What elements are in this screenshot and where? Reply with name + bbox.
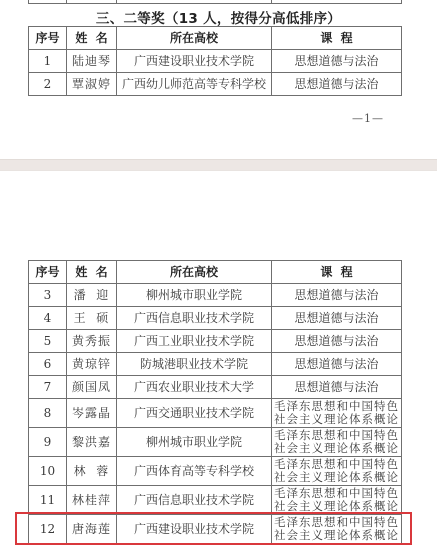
cell-school: 柳州城市职业学院 [117, 428, 272, 457]
table-header-row: 序号 姓 名 所在高校 课 程 [29, 27, 402, 50]
page-separator [0, 159, 437, 171]
cell-school: 广西工业职业技术学院 [117, 330, 272, 353]
cell-course: 毛泽东思想和中国特色社会主义理论体系概论 [272, 428, 402, 457]
cell-name: 潘 迎 [67, 284, 117, 307]
cell-course: 思想道德与法治 [272, 50, 402, 73]
cell-no: 4 [29, 307, 67, 330]
second-prize-table-part-2: 序号 姓 名 所在高校 课 程 3 潘 迎 柳州城市职业学院 思想道德与法治 4… [28, 260, 402, 544]
cell-course: 思想道德与法治 [272, 284, 402, 307]
cell-course: 毛泽东思想和中国特色社会主义理论体系概论 [272, 515, 402, 544]
previous-table-fragment [28, 0, 402, 4]
table-row: 2 覃淑婷 广西幼儿师范高等专科学校 思想道德与法治 [29, 73, 402, 96]
cell-name: 唐海莲 [67, 515, 117, 544]
cell-course: 毛泽东思想和中国特色社会主义理论体系概论 [272, 399, 402, 428]
cell-name: 黄秀振 [67, 330, 117, 353]
cell-no: 1 [29, 50, 67, 73]
cell-no: 2 [29, 73, 67, 96]
second-prize-table-part-1: 序号 姓 名 所在高校 课 程 1 陆迪琴 广西建设职业技术学院 思想道德与法治… [28, 26, 402, 96]
table-row: 6 黄琼锌 防城港职业技术学院 思想道德与法治 [29, 353, 402, 376]
cell-name: 岑露晶 [67, 399, 117, 428]
cell-school: 广西建设职业技术学院 [117, 515, 272, 544]
cell-no: 9 [29, 428, 67, 457]
cell-no: 12 [29, 515, 67, 544]
cell-name: 黎洪嘉 [67, 428, 117, 457]
cell-no: 5 [29, 330, 67, 353]
cell-school: 广西体育高等专科学校 [117, 457, 272, 486]
cell-name: 黄琼锌 [67, 353, 117, 376]
cell-school: 广西信息职业技术学院 [117, 307, 272, 330]
cell-name: 陆迪琴 [67, 50, 117, 73]
cell-name: 林 蓉 [67, 457, 117, 486]
table-row: 8 岑露晶 广西交通职业技术学院 毛泽东思想和中国特色社会主义理论体系概论 [29, 399, 402, 428]
table-row: 11 林桂萍 广西信息职业技术学院 毛泽东思想和中国特色社会主义理论体系概论 [29, 486, 402, 515]
cell-course: 思想道德与法治 [272, 353, 402, 376]
cell-name: 颜国凤 [67, 376, 117, 399]
document-page-2: 序号 姓 名 所在高校 课 程 3 潘 迎 柳州城市职业学院 思想道德与法治 4… [0, 171, 437, 547]
table-row: 5 黄秀振 广西工业职业技术学院 思想道德与法治 [29, 330, 402, 353]
cell-no: 6 [29, 353, 67, 376]
cell-no: 8 [29, 399, 67, 428]
cell-school: 广西农业职业技术大学 [117, 376, 272, 399]
cell-course: 毛泽东思想和中国特色社会主义理论体系概论 [272, 486, 402, 515]
cell-school: 防城港职业技术学院 [117, 353, 272, 376]
table-header-row: 序号 姓 名 所在高校 课 程 [29, 261, 402, 284]
cell-name: 覃淑婷 [67, 73, 117, 96]
table-row: 4 王 硕 广西信息职业技术学院 思想道德与法治 [29, 307, 402, 330]
cell-school: 广西建设职业技术学院 [117, 50, 272, 73]
header-name: 姓 名 [67, 261, 117, 284]
cell-school: 广西信息职业技术学院 [117, 486, 272, 515]
cell-no: 10 [29, 457, 67, 486]
cell-name: 王 硕 [67, 307, 117, 330]
table-row: 1 陆迪琴 广西建设职业技术学院 思想道德与法治 [29, 50, 402, 73]
cell-course: 思想道德与法治 [272, 307, 402, 330]
cell-course: 思想道德与法治 [272, 330, 402, 353]
table-row: 3 潘 迎 柳州城市职业学院 思想道德与法治 [29, 284, 402, 307]
cell-name: 林桂萍 [67, 486, 117, 515]
header-no: 序号 [29, 27, 67, 50]
header-school: 所在高校 [117, 261, 272, 284]
section-title: 三、二等奖（13 人，按得分高低排序） [0, 7, 437, 27]
table-row: 10 林 蓉 广西体育高等专科学校 毛泽东思想和中国特色社会主义理论体系概论 [29, 457, 402, 486]
header-course: 课 程 [272, 27, 402, 50]
cell-course: 思想道德与法治 [272, 376, 402, 399]
header-name: 姓 名 [67, 27, 117, 50]
cell-school: 广西交通职业技术学院 [117, 399, 272, 428]
header-course: 课 程 [272, 261, 402, 284]
cell-no: 7 [29, 376, 67, 399]
header-school: 所在高校 [117, 27, 272, 50]
cell-no: 3 [29, 284, 67, 307]
document-page-1: 三、二等奖（13 人，按得分高低排序） 序号 姓 名 所在高校 课 程 1 陆迪… [0, 0, 437, 159]
page-number: —1— [352, 112, 384, 125]
cell-school: 柳州城市职业学院 [117, 284, 272, 307]
cell-no: 11 [29, 486, 67, 515]
cell-school: 广西幼儿师范高等专科学校 [117, 73, 272, 96]
table-row-highlighted: 12 唐海莲 广西建设职业技术学院 毛泽东思想和中国特色社会主义理论体系概论 [29, 515, 402, 544]
table-row: 9 黎洪嘉 柳州城市职业学院 毛泽东思想和中国特色社会主义理论体系概论 [29, 428, 402, 457]
header-no: 序号 [29, 261, 67, 284]
cell-course: 思想道德与法治 [272, 73, 402, 96]
cell-course: 毛泽东思想和中国特色社会主义理论体系概论 [272, 457, 402, 486]
table-row: 7 颜国凤 广西农业职业技术大学 思想道德与法治 [29, 376, 402, 399]
